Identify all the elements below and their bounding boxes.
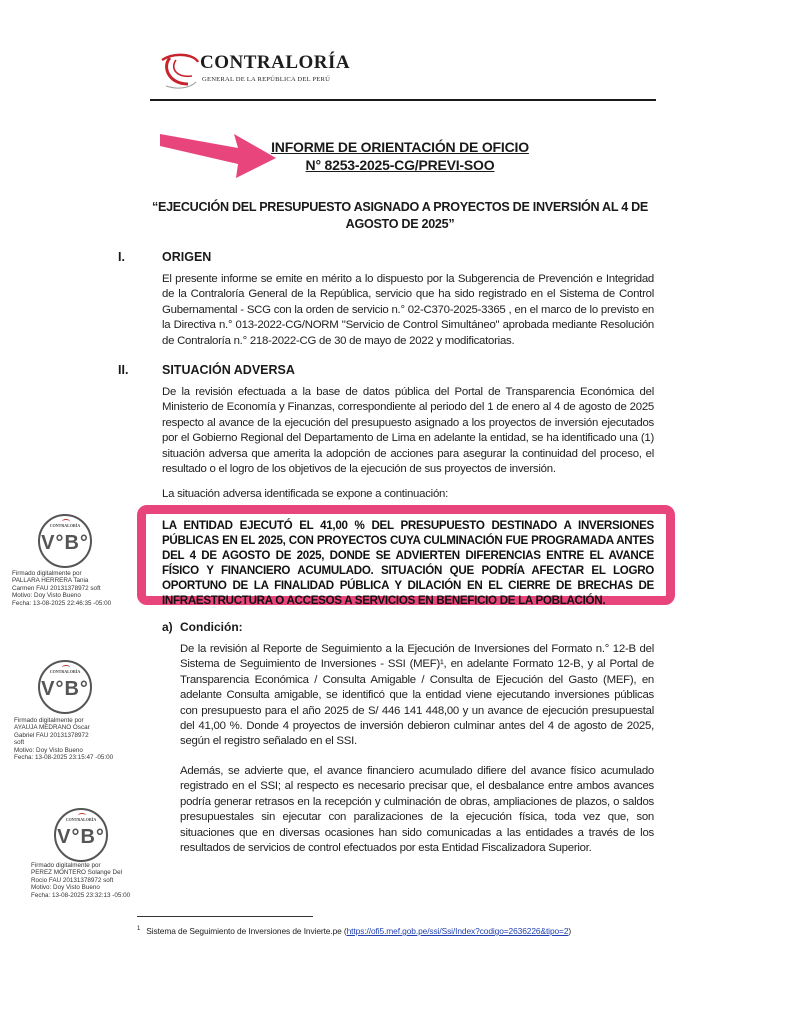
report-subtitle: “EJECUCIÓN DEL PRESUPUESTO ASIGNADO A PR… (150, 199, 650, 233)
condition-paragraph-1: De la revisión al Reporte de Seguimiento… (180, 642, 654, 750)
stamp-details: Firmado digitalmente por PALLARA HERRERA… (12, 570, 111, 607)
adverse-situation-statement: LA ENTIDAD EJECUTÓ EL 41,00 % DEL PRESUP… (162, 518, 654, 608)
footnote-link[interactable]: https://ofi5.mef.gob.pe/ssi/Ssi/Index?co… (347, 926, 569, 936)
report-number: N° 8253-2025-CG/PREVI-SOO (200, 156, 600, 174)
vb-seal-icon: CONTRALORÍA V°B° (54, 808, 108, 862)
org-name: CONTRALORÍA (200, 52, 350, 74)
subsection-title: Condición: (180, 620, 243, 634)
subsection-label: a) (162, 620, 173, 634)
logo-swoosh-icon (160, 46, 200, 92)
section-1-paragraph: El presente informe se emite en mérito a… (162, 272, 654, 349)
footnote-divider (137, 916, 313, 917)
section-1-number: I. (118, 250, 125, 264)
header-divider (150, 99, 656, 101)
footnote-text: Sistema de Seguimiento de Inversiones de… (146, 926, 346, 936)
section-2-paragraph: De la revisión efectuada a la base de da… (162, 385, 654, 477)
vb-seal-icon: CONTRALORÍA V°B° (38, 660, 92, 714)
footnote: 1Sistema de Seguimiento de Inversiones d… (137, 926, 571, 936)
footnote-close: ) (568, 926, 571, 936)
footnote-marker: 1 (137, 926, 140, 932)
report-title-line1: INFORME DE ORIENTACIÓN DE OFICIO (200, 138, 600, 156)
org-subtitle: GENERAL DE LA REPÚBLICA DEL PERÚ (202, 76, 330, 83)
section-1-title: ORIGEN (162, 250, 211, 264)
section-2-title: SITUACIÓN ADVERSA (162, 363, 295, 377)
stamp-details: Firmado digitalmente por AYAUJA MEDRANO … (14, 717, 113, 761)
section-2-intro: La situación adversa identificada se exp… (162, 487, 654, 502)
section-2-number: II. (118, 363, 128, 377)
contraloria-logo: CONTRALORÍA GENERAL DE LA REPÚBLICA DEL … (160, 46, 360, 94)
stamp-details: Firmado digitalmente por PEREZ MONTERO S… (31, 862, 130, 899)
vb-seal-icon: CONTRALORÍA V°B° (38, 514, 92, 568)
report-title: INFORME DE ORIENTACIÓN DE OFICIO N° 8253… (200, 138, 600, 174)
condition-paragraph-2: Además, se advierte que, el avance finan… (180, 764, 654, 856)
